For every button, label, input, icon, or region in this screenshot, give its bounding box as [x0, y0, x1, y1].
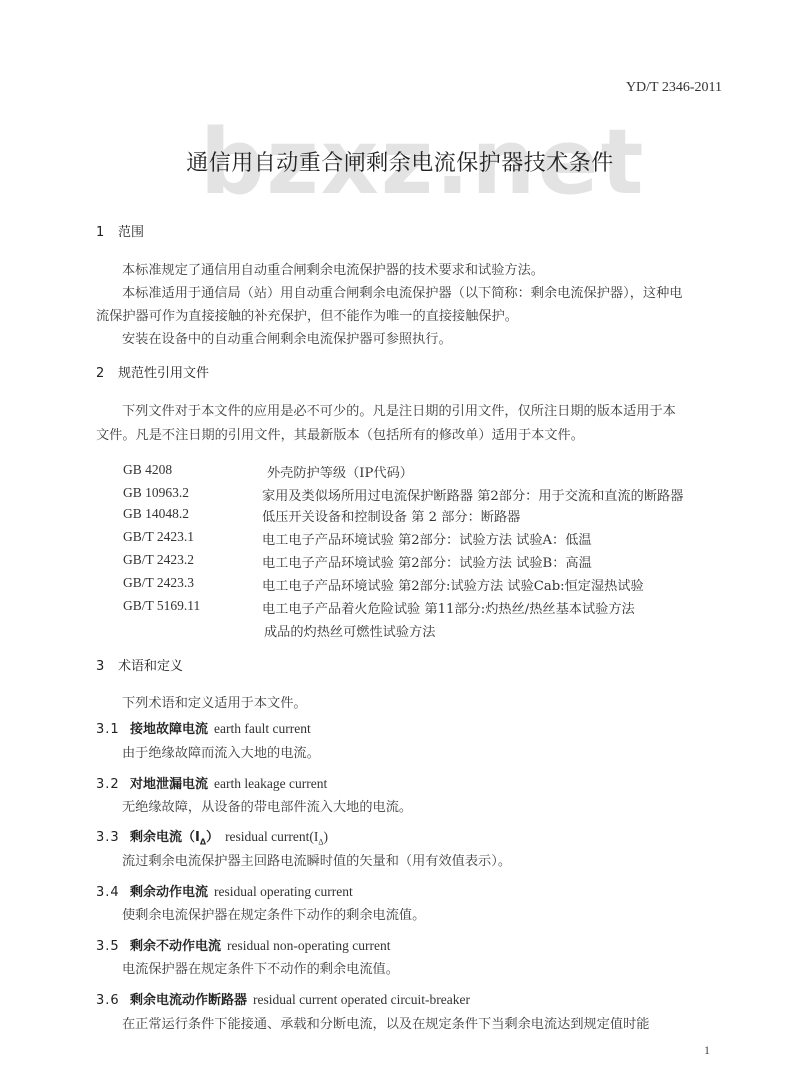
term-zh: 剩余电流（IΔ） — [130, 830, 219, 845]
term-en-close: ) — [324, 829, 329, 844]
section-3-heading: 3术语和定义 — [96, 655, 183, 674]
term-zh-text: 剩余电流（I — [130, 830, 200, 845]
section-number: 3 — [96, 659, 118, 674]
section-title: 范围 — [118, 225, 144, 240]
section-number: 1 — [96, 225, 118, 240]
reference-code: GB/T 5169.11 — [123, 598, 200, 614]
paragraph-continued: 流保护器可作为直接接触的补充保护，但不能作为唯一的直接接触保护。 — [96, 305, 518, 324]
page-number: 1 — [704, 1043, 710, 1058]
reference-title: 电工电子产品着火危险试验 第11部分:灼热丝/热丝基本试验方法 — [262, 598, 635, 617]
term-definition: 无绝缘故障，从设备的带电部件流入大地的电流。 — [122, 796, 412, 815]
reference-title: 低压开关设备和控制设备 第 2 部分：断路器 — [262, 506, 520, 525]
term-en-text: residual current(I — [225, 829, 318, 844]
term-3-5: 3.5剩余不动作电流residual non-operating current — [96, 935, 390, 954]
section-number: 2 — [96, 366, 118, 381]
term-number: 3.2 — [96, 777, 130, 792]
term-3-6: 3.6剩余电流动作断路器residual current operated ci… — [96, 989, 470, 1008]
term-definition: 在正常运行条件下能接通、承载和分断电流，以及在规定条件下当剩余电流达到规定值时能 — [122, 1013, 650, 1032]
term-zh: 对地泄漏电流 — [130, 777, 208, 792]
document-title: 通信用自动重合闸剩余电流保护器技术条件 — [0, 146, 800, 177]
reference-code: GB/T 2423.3 — [123, 575, 194, 591]
term-zh: 剩余电流动作断路器 — [130, 993, 247, 1008]
term-zh: 剩余动作电流 — [130, 885, 208, 900]
term-3-1: 3.1接地故障电流earth fault current — [96, 718, 311, 737]
section-1-heading: 1范围 — [96, 221, 144, 240]
reference-title: 家用及类似场所用过电流保护断路器 第2部分：用于交流和直流的断路器 — [262, 485, 683, 504]
term-definition: 由于绝缘故障而流入大地的电流。 — [122, 742, 320, 761]
term-definition: 电流保护器在规定条件下不动作的剩余电流值。 — [122, 958, 399, 977]
reference-title-continued: 成品的灼热丝可燃性试验方法 — [264, 621, 435, 640]
paragraph: 下列文件对于本文件的应用是必不可少的。凡是注日期的引用文件，仅所注日期的版本适用… — [122, 400, 676, 419]
paragraph: 安装在设备中的自动重合闸剩余电流保护器可参照执行。 — [122, 328, 452, 347]
term-number: 3.3 — [96, 830, 130, 845]
term-3-3: 3.3剩余电流（IΔ）residual current(IΔ) — [96, 826, 328, 847]
term-en: earth fault current — [214, 721, 311, 736]
section-title: 规范性引用文件 — [118, 366, 209, 381]
paragraph-continued: 文件。凡是不注日期的引用文件，其最新版本（包括所有的修改单）适用于本文件。 — [96, 424, 584, 443]
term-en: residual non-operating current — [227, 938, 390, 953]
term-en: residual current(IΔ) — [225, 829, 328, 844]
term-en: residual operating current — [214, 884, 353, 899]
term-number: 3.5 — [96, 939, 130, 954]
reference-code: GB/T 2423.1 — [123, 529, 194, 545]
paragraph: 本标准规定了通信用自动重合闸剩余电流保护器的技术要求和试验方法。 — [122, 259, 544, 278]
reference-code: GB 14048.2 — [123, 506, 189, 522]
term-number: 3.6 — [96, 993, 130, 1008]
term-3-4: 3.4剩余动作电流residual operating current — [96, 881, 353, 900]
section-title: 术语和定义 — [118, 659, 183, 674]
reference-code: GB 4208 — [123, 462, 172, 478]
reference-title: 电工电子产品环境试验 第2部分:试验方法 试验Cab:恒定湿热试验 — [262, 575, 644, 594]
term-en: earth leakage current — [214, 776, 327, 791]
reference-code: GB 10963.2 — [123, 485, 189, 501]
term-definition: 使剩余电流保护器在规定条件下动作的剩余电流值。 — [122, 904, 425, 923]
term-number: 3.4 — [96, 885, 130, 900]
paragraph: 本标准适用于通信局（站）用自动重合闸剩余电流保护器（以下简称：剩余电流保护器），… — [122, 282, 682, 301]
term-en: residual current operated circuit-breake… — [253, 992, 470, 1007]
term-zh: 接地故障电流 — [130, 722, 208, 737]
term-zh-close: ） — [206, 830, 219, 845]
reference-title: 外壳防护等级（IP代码） — [267, 462, 413, 481]
reference-code: GB/T 2423.2 — [123, 552, 194, 568]
term-zh: 剩余不动作电流 — [130, 939, 221, 954]
term-3-2: 3.2对地泄漏电流earth leakage current — [96, 773, 327, 792]
reference-title: 电工电子产品环境试验 第2部分：试验方法 试验B：高温 — [262, 552, 592, 571]
paragraph: 下列术语和定义适用于本文件。 — [122, 692, 307, 711]
reference-title: 电工电子产品环境试验 第2部分：试验方法 试验A：低温 — [262, 529, 592, 548]
section-2-heading: 2规范性引用文件 — [96, 362, 209, 381]
term-definition: 流过剩余电流保护器主回路电流瞬时值的矢量和（用有效值表示）。 — [122, 850, 511, 869]
standard-code: YD/T 2346-2011 — [626, 80, 722, 96]
term-number: 3.1 — [96, 722, 130, 737]
